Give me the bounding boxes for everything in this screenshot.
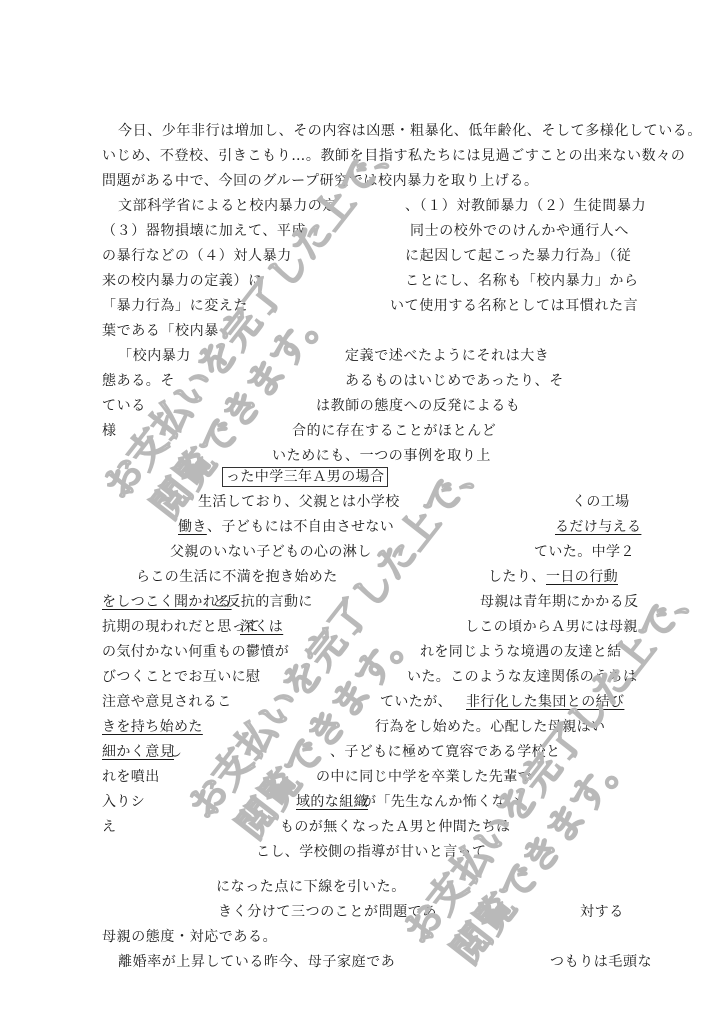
text-line: 来の校内暴力の定義）にことにし、名称も「校内暴力」から bbox=[0, 270, 724, 292]
text-segment: れを噴出 bbox=[102, 766, 160, 788]
text-segment: 母親は青年期にかかる反 bbox=[480, 591, 638, 613]
text-line: 「暴力行為」に変えたいて使用する名称としては耳慣れた言 bbox=[0, 295, 724, 317]
text-segment: 合的に存在することがほとんど bbox=[292, 420, 496, 442]
text-line: 離婚率が上昇している昨今、母子家庭であつもりは毛頭な bbox=[0, 951, 724, 973]
text-segment: （３）器物損壊に加えて、平成 bbox=[102, 220, 306, 242]
text-segment: 、（１）対教師暴力（２）生徒間暴力 bbox=[405, 195, 646, 217]
text-segment: 同士の校外でのけんかや通行人へ bbox=[410, 220, 629, 242]
text-segment: 様 bbox=[102, 420, 117, 442]
text-line: 働き、子どもには不自由させないるだけ与える bbox=[0, 516, 724, 538]
text-segment: 抗期の現われだと思って bbox=[102, 616, 260, 638]
text-segment: ていた。中学２ bbox=[534, 541, 635, 563]
text-segment: るだけ与える bbox=[555, 516, 641, 538]
text-segment: 細かく意見 bbox=[102, 741, 174, 763]
text-segment: 母親の態度・対応である。 bbox=[102, 926, 277, 948]
text-segment: 生活しており、父親とは小学校 bbox=[198, 491, 400, 513]
text-line: になった点に下線を引いた。 bbox=[0, 876, 724, 898]
text-segment: くの工場 bbox=[572, 491, 630, 513]
text-segment: ている bbox=[102, 395, 146, 417]
text-line: 生活しており、父親とは小学校くの工場 bbox=[0, 491, 724, 513]
text-line: 様合的に存在することがほとんど bbox=[0, 420, 724, 442]
text-segment: と反抗的言動に bbox=[212, 591, 313, 613]
text-segment: 、子どもには不自由させない bbox=[207, 516, 394, 538]
text-segment: 一日の行動 bbox=[546, 566, 618, 588]
text-segment: きを持ち始めた bbox=[102, 716, 203, 738]
text-segment: らこの生活に不満を抱き始めた bbox=[136, 566, 338, 588]
text-segment: 父親のいない子どもの心の淋し bbox=[170, 541, 372, 563]
text-segment: の中に同じ中学を卒業した先輩で bbox=[316, 766, 532, 788]
text-segment: 問題がある中で、今回のグループ研究では校内暴力を取り上げる。 bbox=[102, 170, 539, 192]
text-segment: 対する bbox=[580, 901, 624, 923]
section-heading: った中学三年Ａ男の場合 bbox=[222, 467, 388, 487]
text-segment: 「校内暴力 bbox=[118, 345, 191, 367]
text-segment: ことにし、名称も「校内暴力」から bbox=[405, 270, 639, 292]
text-segment: 態ある。そ bbox=[102, 370, 175, 392]
text-segment: 注意や意見されるこ bbox=[102, 691, 232, 713]
text-line: きく分けて三つのことが問題であ対する bbox=[0, 901, 724, 923]
text-line: 父親のいない子どもの心の淋していた。中学２ bbox=[0, 541, 724, 563]
text-line: ているは教師の態度への反発によるも bbox=[0, 395, 724, 417]
text-segment: 入りシ bbox=[102, 791, 145, 813]
text-line: （３）器物損壊に加えて、平成同士の校外でのけんかや通行人へ bbox=[0, 220, 724, 242]
text-segment: 定義で述べたようにそれは大き bbox=[345, 345, 549, 367]
text-segment: びつくことでお互いに慰 bbox=[102, 666, 260, 688]
text-segment: し bbox=[168, 741, 182, 763]
text-line: の暴行などの（４）対人暴力に起因して起こった暴力行為」（従 bbox=[0, 245, 724, 267]
text-segment: 深くは bbox=[240, 616, 283, 638]
text-line: 母親の態度・対応である。 bbox=[0, 926, 724, 948]
text-segment: いて使用する名称としては耳慣れた言 bbox=[390, 295, 638, 317]
text-line: 葉である「校内暴 bbox=[0, 320, 724, 342]
text-segment: え bbox=[102, 816, 116, 838]
text-segment: に起因して起こった暴力行為」（従 bbox=[405, 245, 631, 267]
text-segment: になった点に下線を引いた。 bbox=[216, 876, 406, 898]
text-line: こし、学校側の指導が甘いと言って bbox=[0, 841, 724, 863]
text-segment: 今日、少年非行は増加し、その内容は凶悪・粗暴化、低年齢化、そして多様化している。 bbox=[118, 120, 702, 142]
text-segment: の気付かない何重もの鬱憤が bbox=[102, 641, 289, 663]
text-line: 態ある。そあるものはいじめであったり、そ bbox=[0, 370, 724, 392]
text-segment: しこの頃からＡ男には母親 bbox=[465, 616, 638, 638]
text-segment: 域的な組織 bbox=[296, 791, 368, 813]
text-segment: は教師の態度への反発によるも bbox=[316, 395, 520, 417]
text-segment: したり、 bbox=[488, 566, 546, 588]
text-segment: 葉である「校内暴 bbox=[102, 320, 219, 342]
text-segment: 離婚率が上昇している昨今、母子家庭であ bbox=[118, 951, 395, 973]
text-segment: ていたが、 bbox=[380, 691, 452, 713]
text-line: 「校内暴力定義で述べたようにそれは大き bbox=[0, 345, 724, 367]
text-segment: あるものはいじめであったり、そ bbox=[345, 370, 564, 392]
text-segment: 来の校内暴力の定義）に bbox=[102, 270, 263, 292]
document-page: 今日、少年非行は増加し、その内容は凶悪・粗暴化、低年齢化、そして多様化している。… bbox=[0, 0, 724, 1024]
text-segment: れを同じような境遇の友達と結 bbox=[420, 641, 622, 663]
text-segment: つもりは毛頭な bbox=[550, 951, 652, 973]
text-line: えものが無くなったＡ男と仲間たちは bbox=[0, 816, 724, 838]
